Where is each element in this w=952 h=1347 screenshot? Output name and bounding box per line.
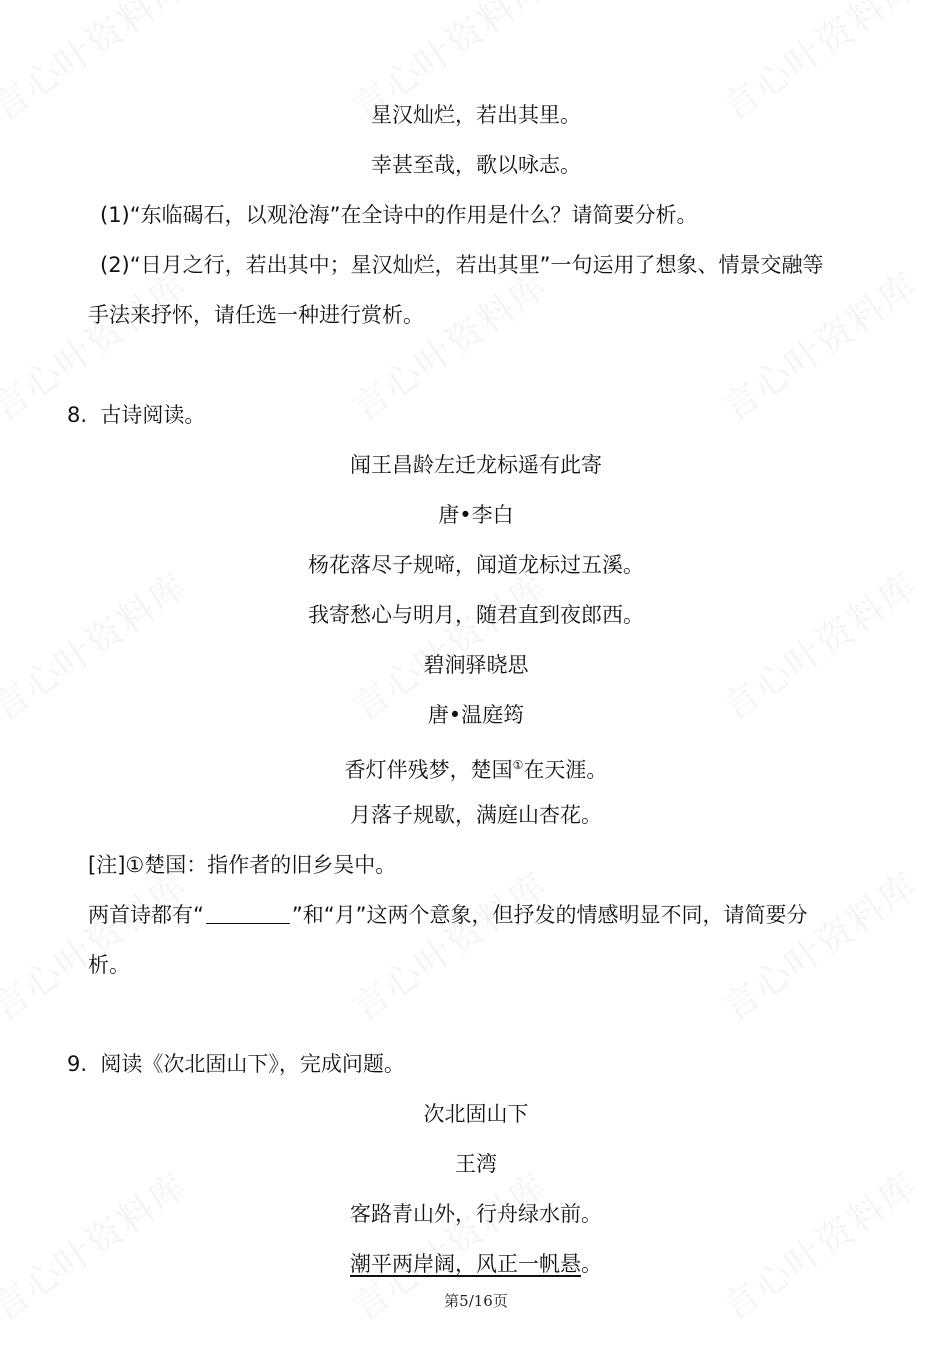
page-number: 第5/16页: [0, 1290, 952, 1311]
poem-line-part: 在天涯。: [523, 758, 607, 782]
footnote-marker: ①: [513, 758, 524, 772]
poem-line: 月落子规歇，满庭山杏花。: [0, 801, 952, 829]
question-number: 8.: [67, 403, 87, 427]
poem-line: 我寄愁心与明月，随君直到夜郎西。: [0, 601, 952, 629]
poem-author: 唐•李白: [0, 501, 952, 529]
sub-question-2-line2: 手法来抒怀，请任选一种进行赏析。: [88, 301, 424, 329]
annotation-note: [注]①楚国：指作者的旧乡吴中。: [88, 851, 396, 879]
poem-line: 潮平两岸阔，风正一帆悬。: [0, 1250, 952, 1278]
fill-in-blank[interactable]: [206, 905, 290, 924]
question-title: 古诗阅读。: [100, 403, 205, 427]
question-prompt-cont: 析。: [88, 951, 130, 979]
question-title: 阅读《次北固山下》，完成问题。: [100, 1052, 405, 1076]
question-8-heading: 8. 古诗阅读。: [67, 401, 205, 429]
sub-question-1: (1)“东临碣石，以观沧海”在全诗中的作用是什么？请简要分析。: [100, 201, 698, 229]
question-prompt: 两首诗都有“”和“月”这两个意象，但抒发的情感明显不同，请简要分: [88, 901, 808, 929]
question-9-heading: 9. 阅读《次北固山下》，完成问题。: [67, 1050, 405, 1078]
poem-title: 碧涧驿晓思: [0, 651, 952, 679]
poem-line-part: 香灯伴残梦，楚国: [345, 758, 513, 782]
poem-line: 客路青山外，行舟绿水前。: [0, 1200, 952, 1228]
poem-line-part: 。: [581, 1252, 602, 1276]
sub-question-2-line1: (2)“日月之行，若出其中；星汉灿烂，若出其里”一句运用了想象、情景交融等: [100, 251, 824, 279]
poem-author: 王湾: [0, 1150, 952, 1178]
underlined-text: 潮平两岸阔，风正一帆悬: [350, 1252, 581, 1276]
poem-author: 唐•温庭筠: [0, 701, 952, 729]
poem-title: 次北固山下: [0, 1100, 952, 1128]
poem-title: 闻王昌龄左迁龙标遥有此寄: [0, 451, 952, 479]
poem-line: 星汉灿烂，若出其里。: [0, 101, 952, 129]
poem-line: 杨花落尽子规啼，闻道龙标过五溪。: [0, 551, 952, 579]
document-page: 星汉灿烂，若出其里。 幸甚至哉，歌以咏志。 (1)“东临碣石，以观沧海”在全诗中…: [0, 0, 952, 1347]
prompt-part: 两首诗都有“: [88, 903, 204, 927]
question-number: 9.: [67, 1052, 87, 1076]
prompt-part: ”和“月”这两个意象，但抒发的情感明显不同，请简要分: [292, 903, 808, 927]
poem-line: 幸甚至哉，歌以咏志。: [0, 151, 952, 179]
poem-line: 香灯伴残梦，楚国①在天涯。: [0, 751, 952, 784]
